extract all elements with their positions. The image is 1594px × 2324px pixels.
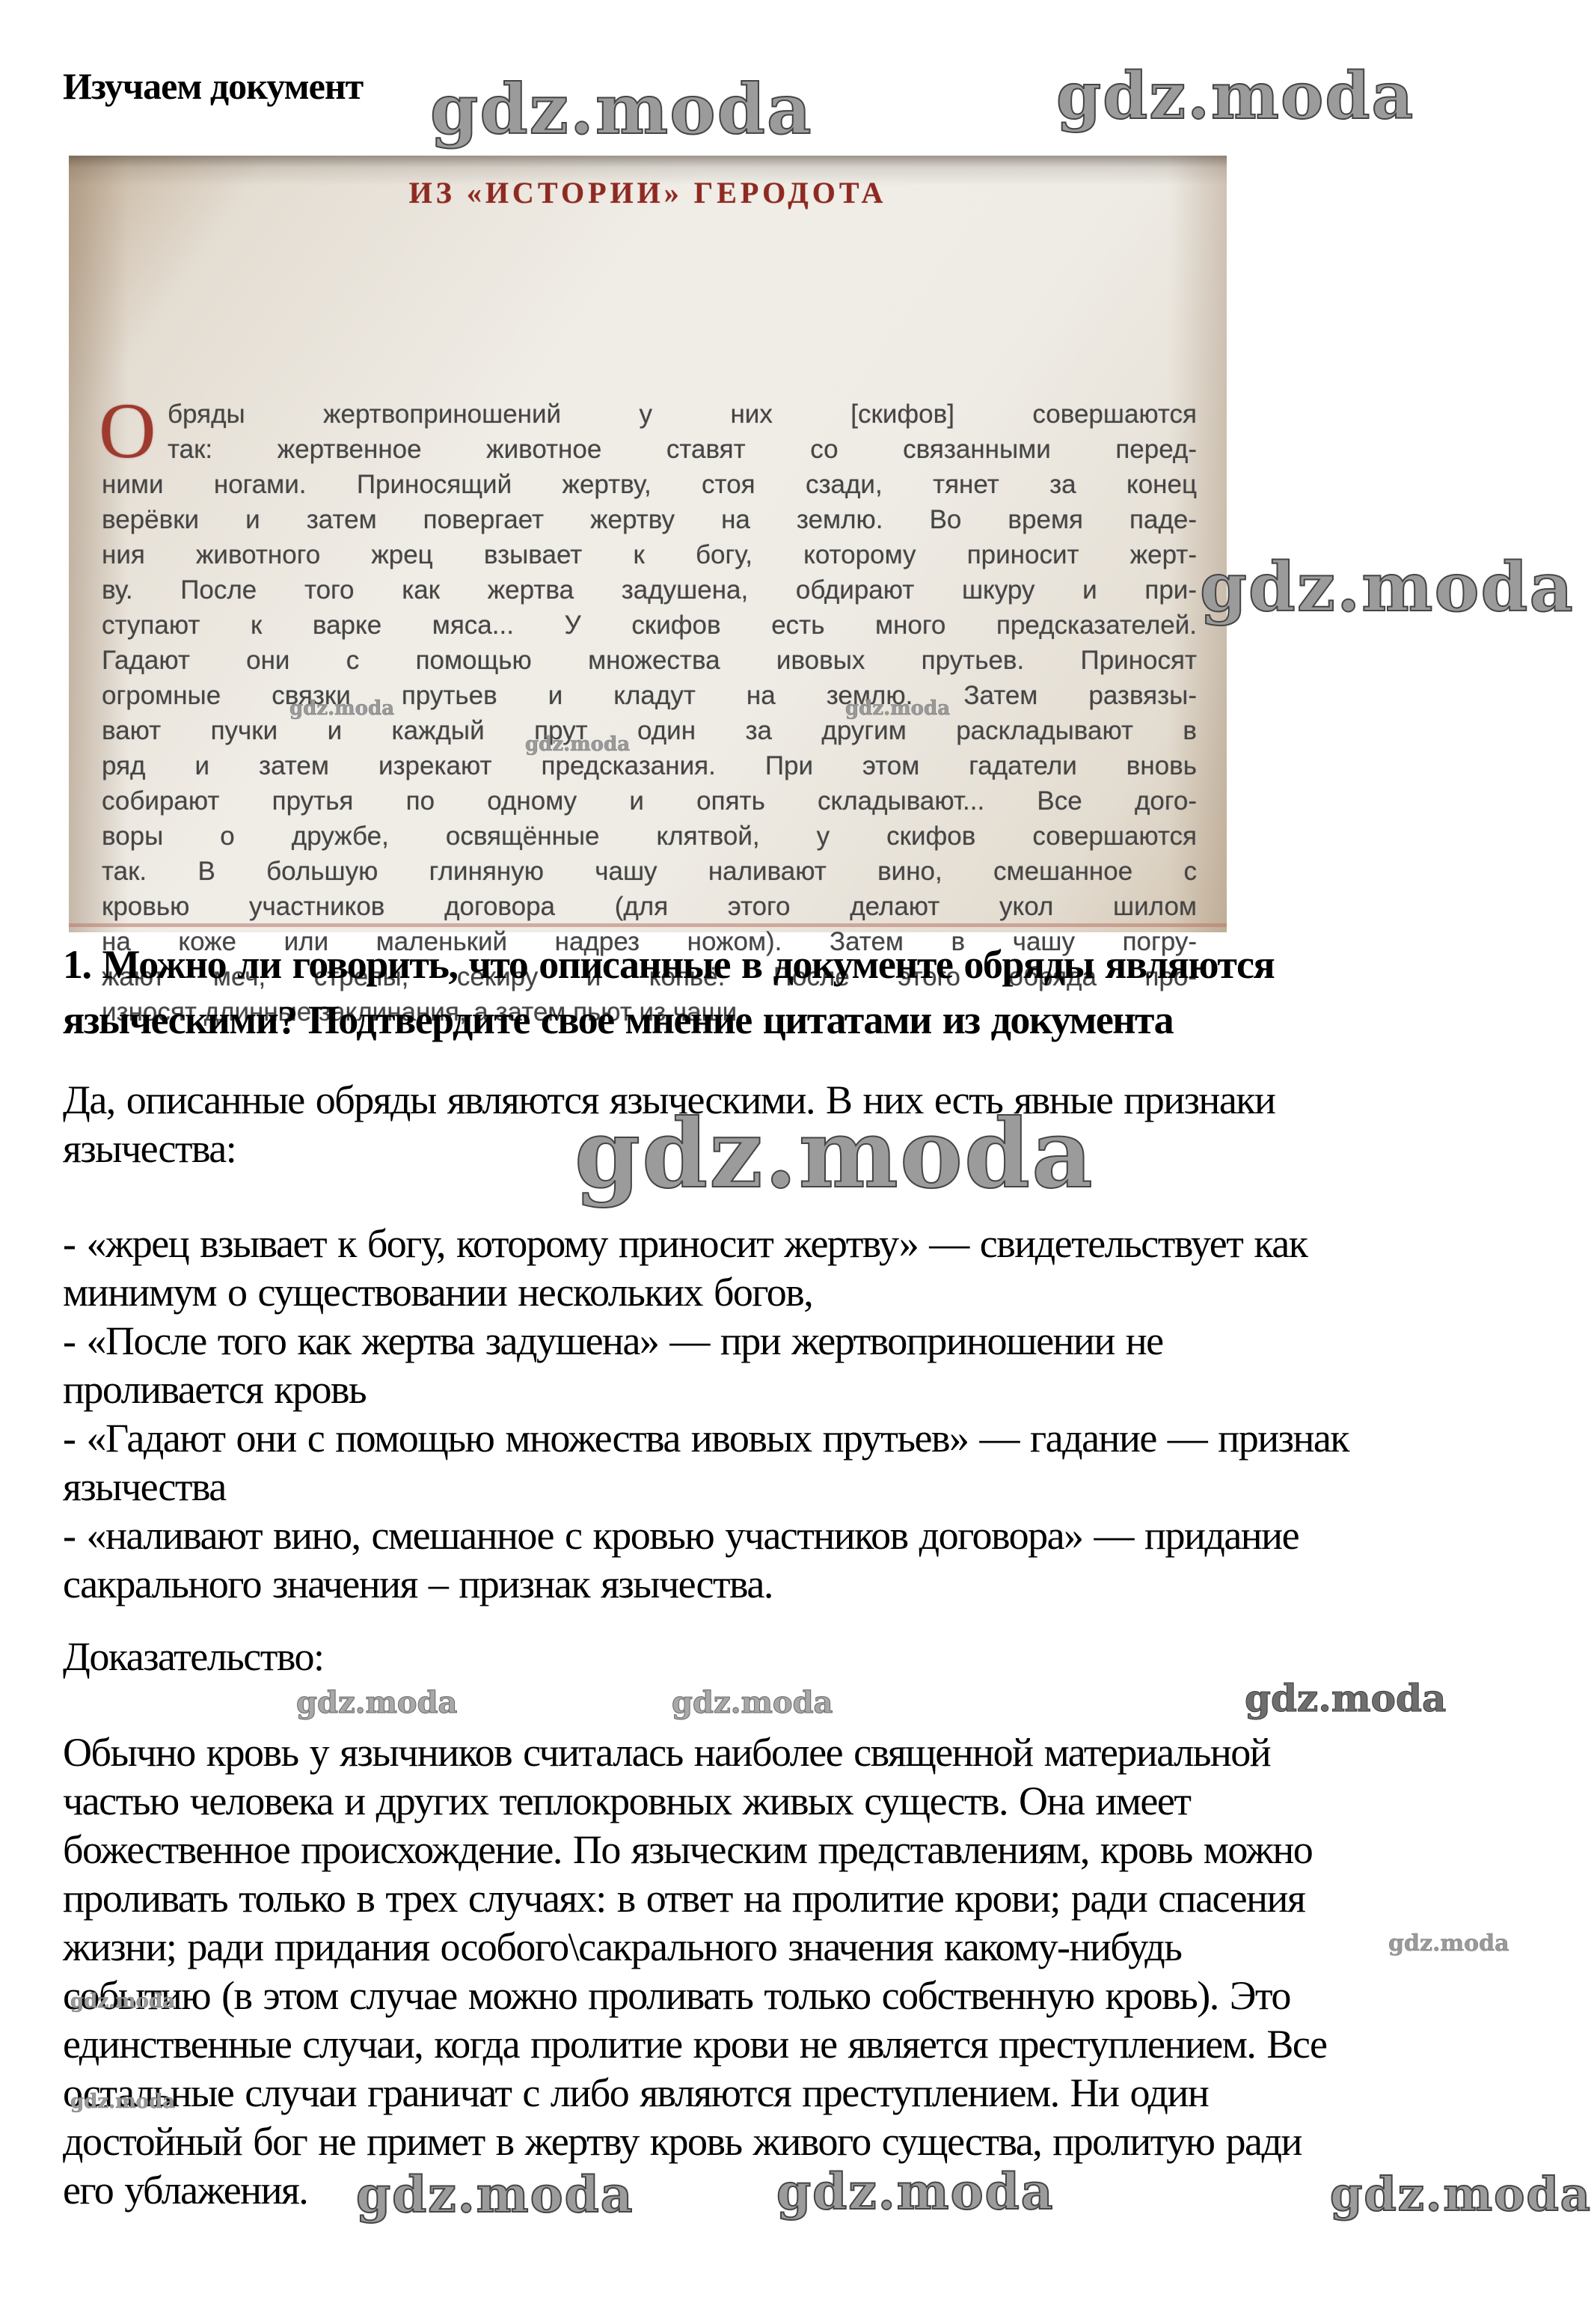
scan-text-lines: бряды жертвоприношений у них [скифов] со… xyxy=(102,397,1197,1030)
proof-line: его ублажения. xyxy=(63,2166,1326,2215)
bullet-line: - «После того как жертва задушена» — при… xyxy=(63,1317,1349,1366)
answer-bullets: - «жрец взывает к богу, которому приноси… xyxy=(63,1220,1349,1609)
proof-line: частью человека и других теплокровных жи… xyxy=(63,1777,1326,1826)
bullet-line: минимум о существовании нескольких богов… xyxy=(63,1268,1349,1317)
bullet-line: язычества xyxy=(63,1463,1349,1511)
watermark-gdz-moda: gdz.moda xyxy=(672,1685,833,1720)
watermark-gdz-moda: gdz.moda xyxy=(70,1990,175,2013)
scan-text-line: бряды жертвоприношений у них [скифов] со… xyxy=(102,397,1197,432)
bullet-line: - «Гадают они с помощью множества ивовых… xyxy=(63,1414,1349,1463)
scan-text: О бряды жертвоприношений у них [скифов] … xyxy=(102,397,1197,1030)
scan-title: ИЗ «ИСТОРИИ» ГЕРОДОТА xyxy=(69,175,1227,210)
watermark-gdz-moda: gdz.moda xyxy=(296,1685,457,1720)
proof-line: Обычно кровь у язычников считалась наибо… xyxy=(63,1728,1326,1777)
lesson-heading: Изучаем документ xyxy=(63,64,363,108)
watermark-gdz-moda: gdz.moda xyxy=(356,2165,634,2224)
scan-text-line: Гадают они с помощью множества ивовых пр… xyxy=(102,643,1197,678)
scan-text-line: вают пучки и каждый прут один за другим … xyxy=(102,713,1197,748)
watermark-gdz-moda: gdz.moda xyxy=(776,2162,1055,2221)
scan-text-line: огромные связки прутьев и кладут на земл… xyxy=(102,678,1197,713)
watermark-gdz-moda: gdz.moda xyxy=(574,1098,1094,1209)
proof-line: жизни; ради придания особого\сакрального… xyxy=(63,1923,1326,1972)
bullet-line: проливается кровь xyxy=(63,1366,1349,1414)
question-heading-line: 1. Можно ли говорить, что описанные в до… xyxy=(63,937,1274,992)
scan-text-line: ними ногами. Приносящий жертву, стоя сза… xyxy=(102,467,1197,502)
scan-text-line: воры о дружбе, освящённые клятвой, у ски… xyxy=(102,819,1197,854)
bullet-line: - «жрец взывает к богу, которому приноси… xyxy=(63,1220,1349,1268)
proof-line: единственные случаи, когда пролитие кров… xyxy=(63,2020,1326,2069)
scan-text-line: верёвки и затем повергает жертву на земл… xyxy=(102,502,1197,537)
watermark-gdz-moda: gdz.moda xyxy=(289,697,394,720)
scan-text-line: кровью участников договора (для этого де… xyxy=(102,889,1197,924)
proof-line: проливать только в трех случаях: в ответ… xyxy=(63,1874,1326,1923)
watermark-gdz-moda: gdz.moda xyxy=(1388,1930,1509,1957)
question-heading-line: языческими? Подтвердите свое мнение цита… xyxy=(63,992,1274,1048)
proof-line: божественное происхождение. По языческим… xyxy=(63,1826,1326,1874)
bullet-line: - «наливают вино, смешанное с кровью уча… xyxy=(63,1511,1349,1560)
scan-text-line: ния животного жрец взывает к богу, котор… xyxy=(102,537,1197,572)
proof-line: достойный бог не примет в жертву кровь ж… xyxy=(63,2117,1326,2166)
watermark-gdz-moda: gdz.moda xyxy=(525,733,630,756)
watermark-gdz-moda: gdz.moda xyxy=(70,2091,175,2113)
question-heading: 1. Можно ли говорить, что описанные в до… xyxy=(63,937,1274,1048)
scan-text-line: так: жертвенное животное ставят со связа… xyxy=(102,432,1197,467)
watermark-gdz-moda: gdz.moda xyxy=(845,697,950,720)
scan-text-line: собирают прутья по одному и опять склады… xyxy=(102,783,1197,819)
document-scan: ИЗ «ИСТОРИИ» ГЕРОДОТА О бряды жертвоприн… xyxy=(69,156,1227,932)
answer-page: Изучаем документ ИЗ «ИСТОРИИ» ГЕРОДОТА О… xyxy=(0,0,1594,2324)
proof-paragraph: Обычно кровь у язычников считалась наибо… xyxy=(63,1728,1326,2215)
proof-line: событию (в этом случае можно проливать т… xyxy=(63,1972,1326,2020)
scan-text-line: ву. После того как жертва задушена, обди… xyxy=(102,572,1197,608)
scan-text-line: ряд и затем изрекают предсказания. При э… xyxy=(102,748,1197,783)
watermark-gdz-moda: gdz.moda xyxy=(1245,1676,1446,1720)
scan-text-line: ступают к варке мяса... У скифов есть мн… xyxy=(102,608,1197,643)
bullet-line: сакрального значения – признак язычества… xyxy=(63,1560,1349,1609)
proof-label: Доказательство: xyxy=(63,1633,323,1681)
watermark-gdz-moda: gdz.moda xyxy=(1056,58,1414,134)
scan-text-line: так. В большую глиняную чашу наливают ви… xyxy=(102,854,1197,889)
watermark-gdz-moda: gdz.moda xyxy=(1330,2167,1592,2221)
proof-line: остальные случаи граничат с либо являютс… xyxy=(63,2069,1326,2117)
watermark-gdz-moda: gdz.moda xyxy=(430,69,813,150)
watermark-gdz-moda: gdz.moda xyxy=(1200,548,1575,627)
scan-drop-cap: О xyxy=(99,397,156,465)
